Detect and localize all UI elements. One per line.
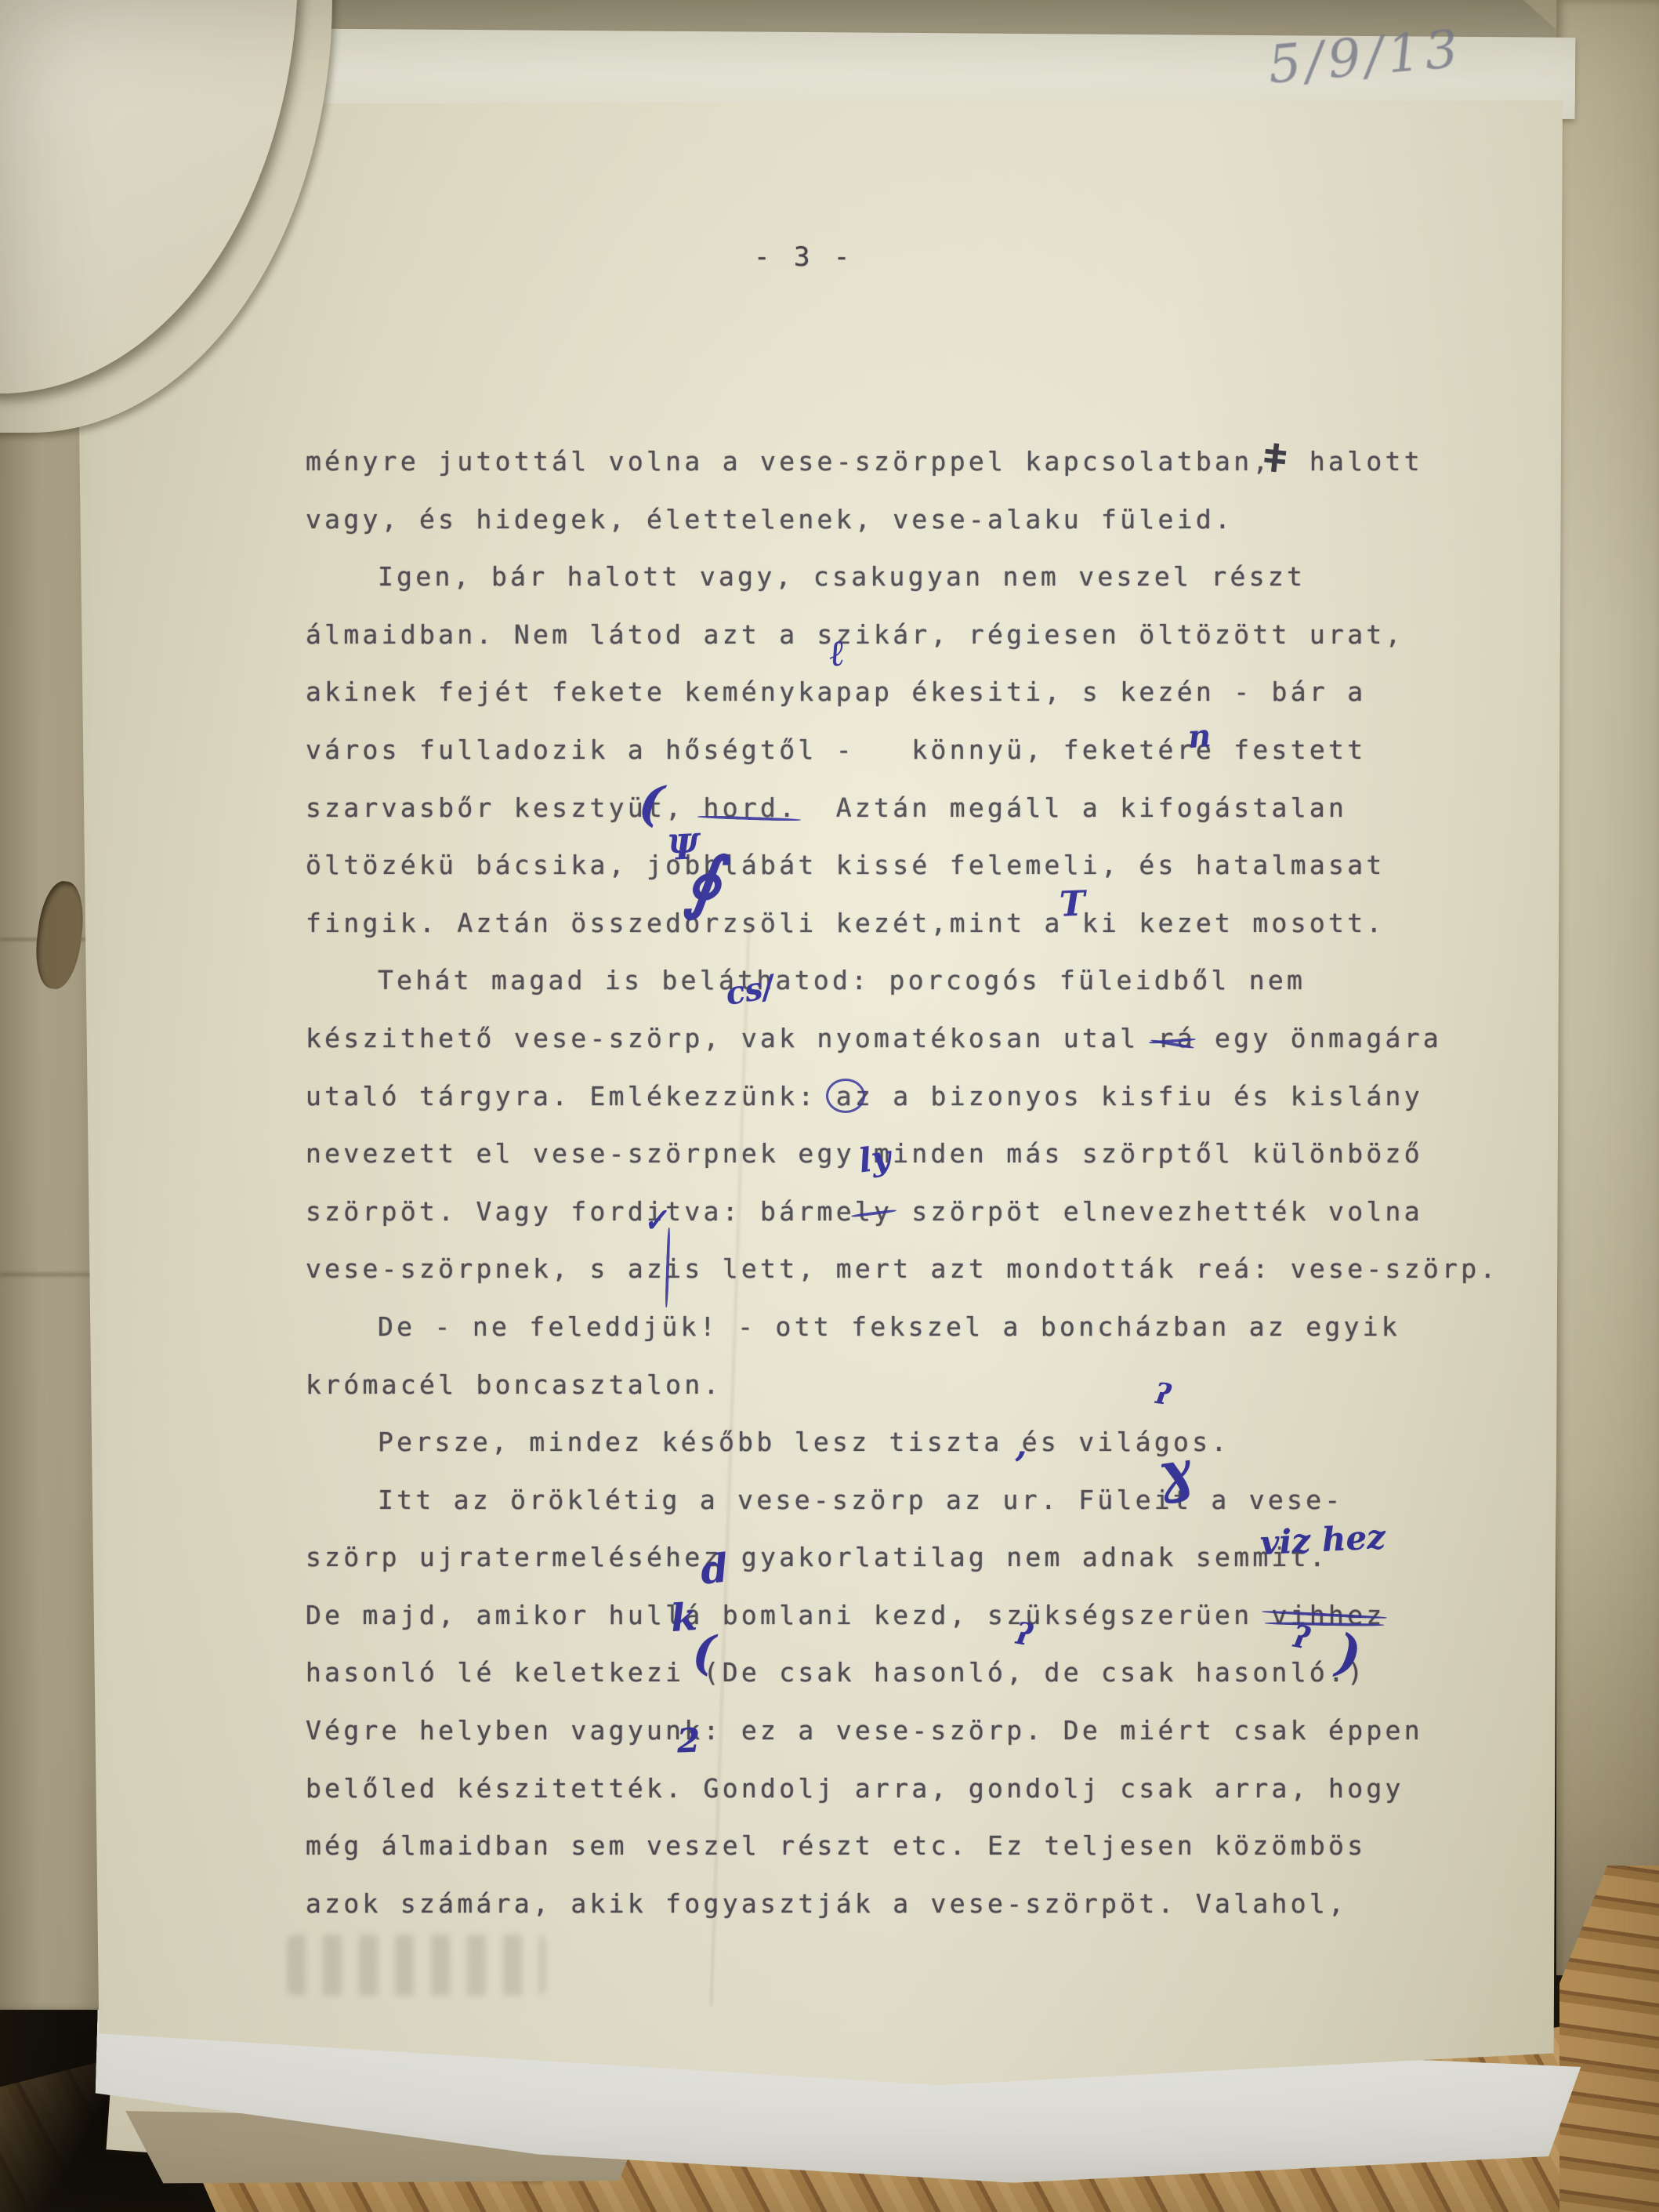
typed-line: álmaidban. Nem látod azt a szikár, régie… xyxy=(306,606,1499,664)
typed-line: krómacél boncasztalon. xyxy=(306,1356,1499,1414)
typed-line: város fulladozik a hőségtől - könnyü, fe… xyxy=(306,721,1499,779)
typed-line: Itt az öröklétig a vese-szörp az ur. Fül… xyxy=(306,1471,1499,1529)
typed-line: nevezett el vese-szörpnek egy minden más… xyxy=(306,1125,1499,1183)
typed-line: Igen, bár halott vagy, csakugyan nem ves… xyxy=(306,548,1499,606)
typed-line: szörp ujratermeléséhez gyakorlatilag nem… xyxy=(306,1528,1499,1586)
typed-line: még álmaidban sem veszel részt etc. Ez t… xyxy=(306,1817,1499,1875)
typed-line: Végre helyben vagyunk: ez a vese-szörp. … xyxy=(306,1702,1499,1760)
typed-line: utaló tárgyra. Emlékezzünk: az a bizonyo… xyxy=(306,1068,1499,1126)
paper-stack-right-edge xyxy=(1556,0,1659,1975)
typed-line: vese-szörpnek, s azis lett, mert azt mon… xyxy=(306,1240,1499,1298)
typed-text-block: ményre jutottál volna a vese-szörppel ka… xyxy=(306,433,1499,1932)
typed-line: öltözékü bácsika, jobblábát kissé feleme… xyxy=(306,836,1499,894)
typed-line: hasonló lé keletkezi (De csak hasonló, d… xyxy=(306,1644,1499,1702)
faint-smudge xyxy=(287,1935,545,1996)
typed-line: vagy, és hidegek, élettelenek, vese-alak… xyxy=(306,491,1499,549)
typed-line: fingik. Aztán összedörzsöli kezét,mint a… xyxy=(306,894,1499,952)
typed-line: ményre jutottál volna a vese-szörppel ka… xyxy=(306,433,1499,491)
typed-line: akinek fejét fekete keménykapap ékesiti,… xyxy=(306,663,1499,721)
typed-line: szörpöt. Vagy forditva: bármely szörpöt … xyxy=(306,1183,1499,1241)
circle-az xyxy=(826,1079,865,1113)
page-number: - 3 - xyxy=(754,241,853,273)
typed-line: belőled készitették. Gondolj arra, gondo… xyxy=(306,1760,1499,1818)
typed-line: De - ne feleddjük! - ott fekszel a bonch… xyxy=(306,1298,1499,1356)
typed-line: Tehát magad is beláthatod: porcogós füle… xyxy=(306,952,1499,1010)
typed-line: azok számára, akik fogyasztják a vese-sz… xyxy=(306,1875,1499,1933)
typed-line: készithető vese-szörp, vak nyomatékosan … xyxy=(306,1010,1499,1068)
typed-line: szarvasbőr kesztyüt, hord. Aztán megáll … xyxy=(306,779,1499,837)
typed-line: Persze, mindez később lesz tiszta és vil… xyxy=(306,1413,1499,1471)
